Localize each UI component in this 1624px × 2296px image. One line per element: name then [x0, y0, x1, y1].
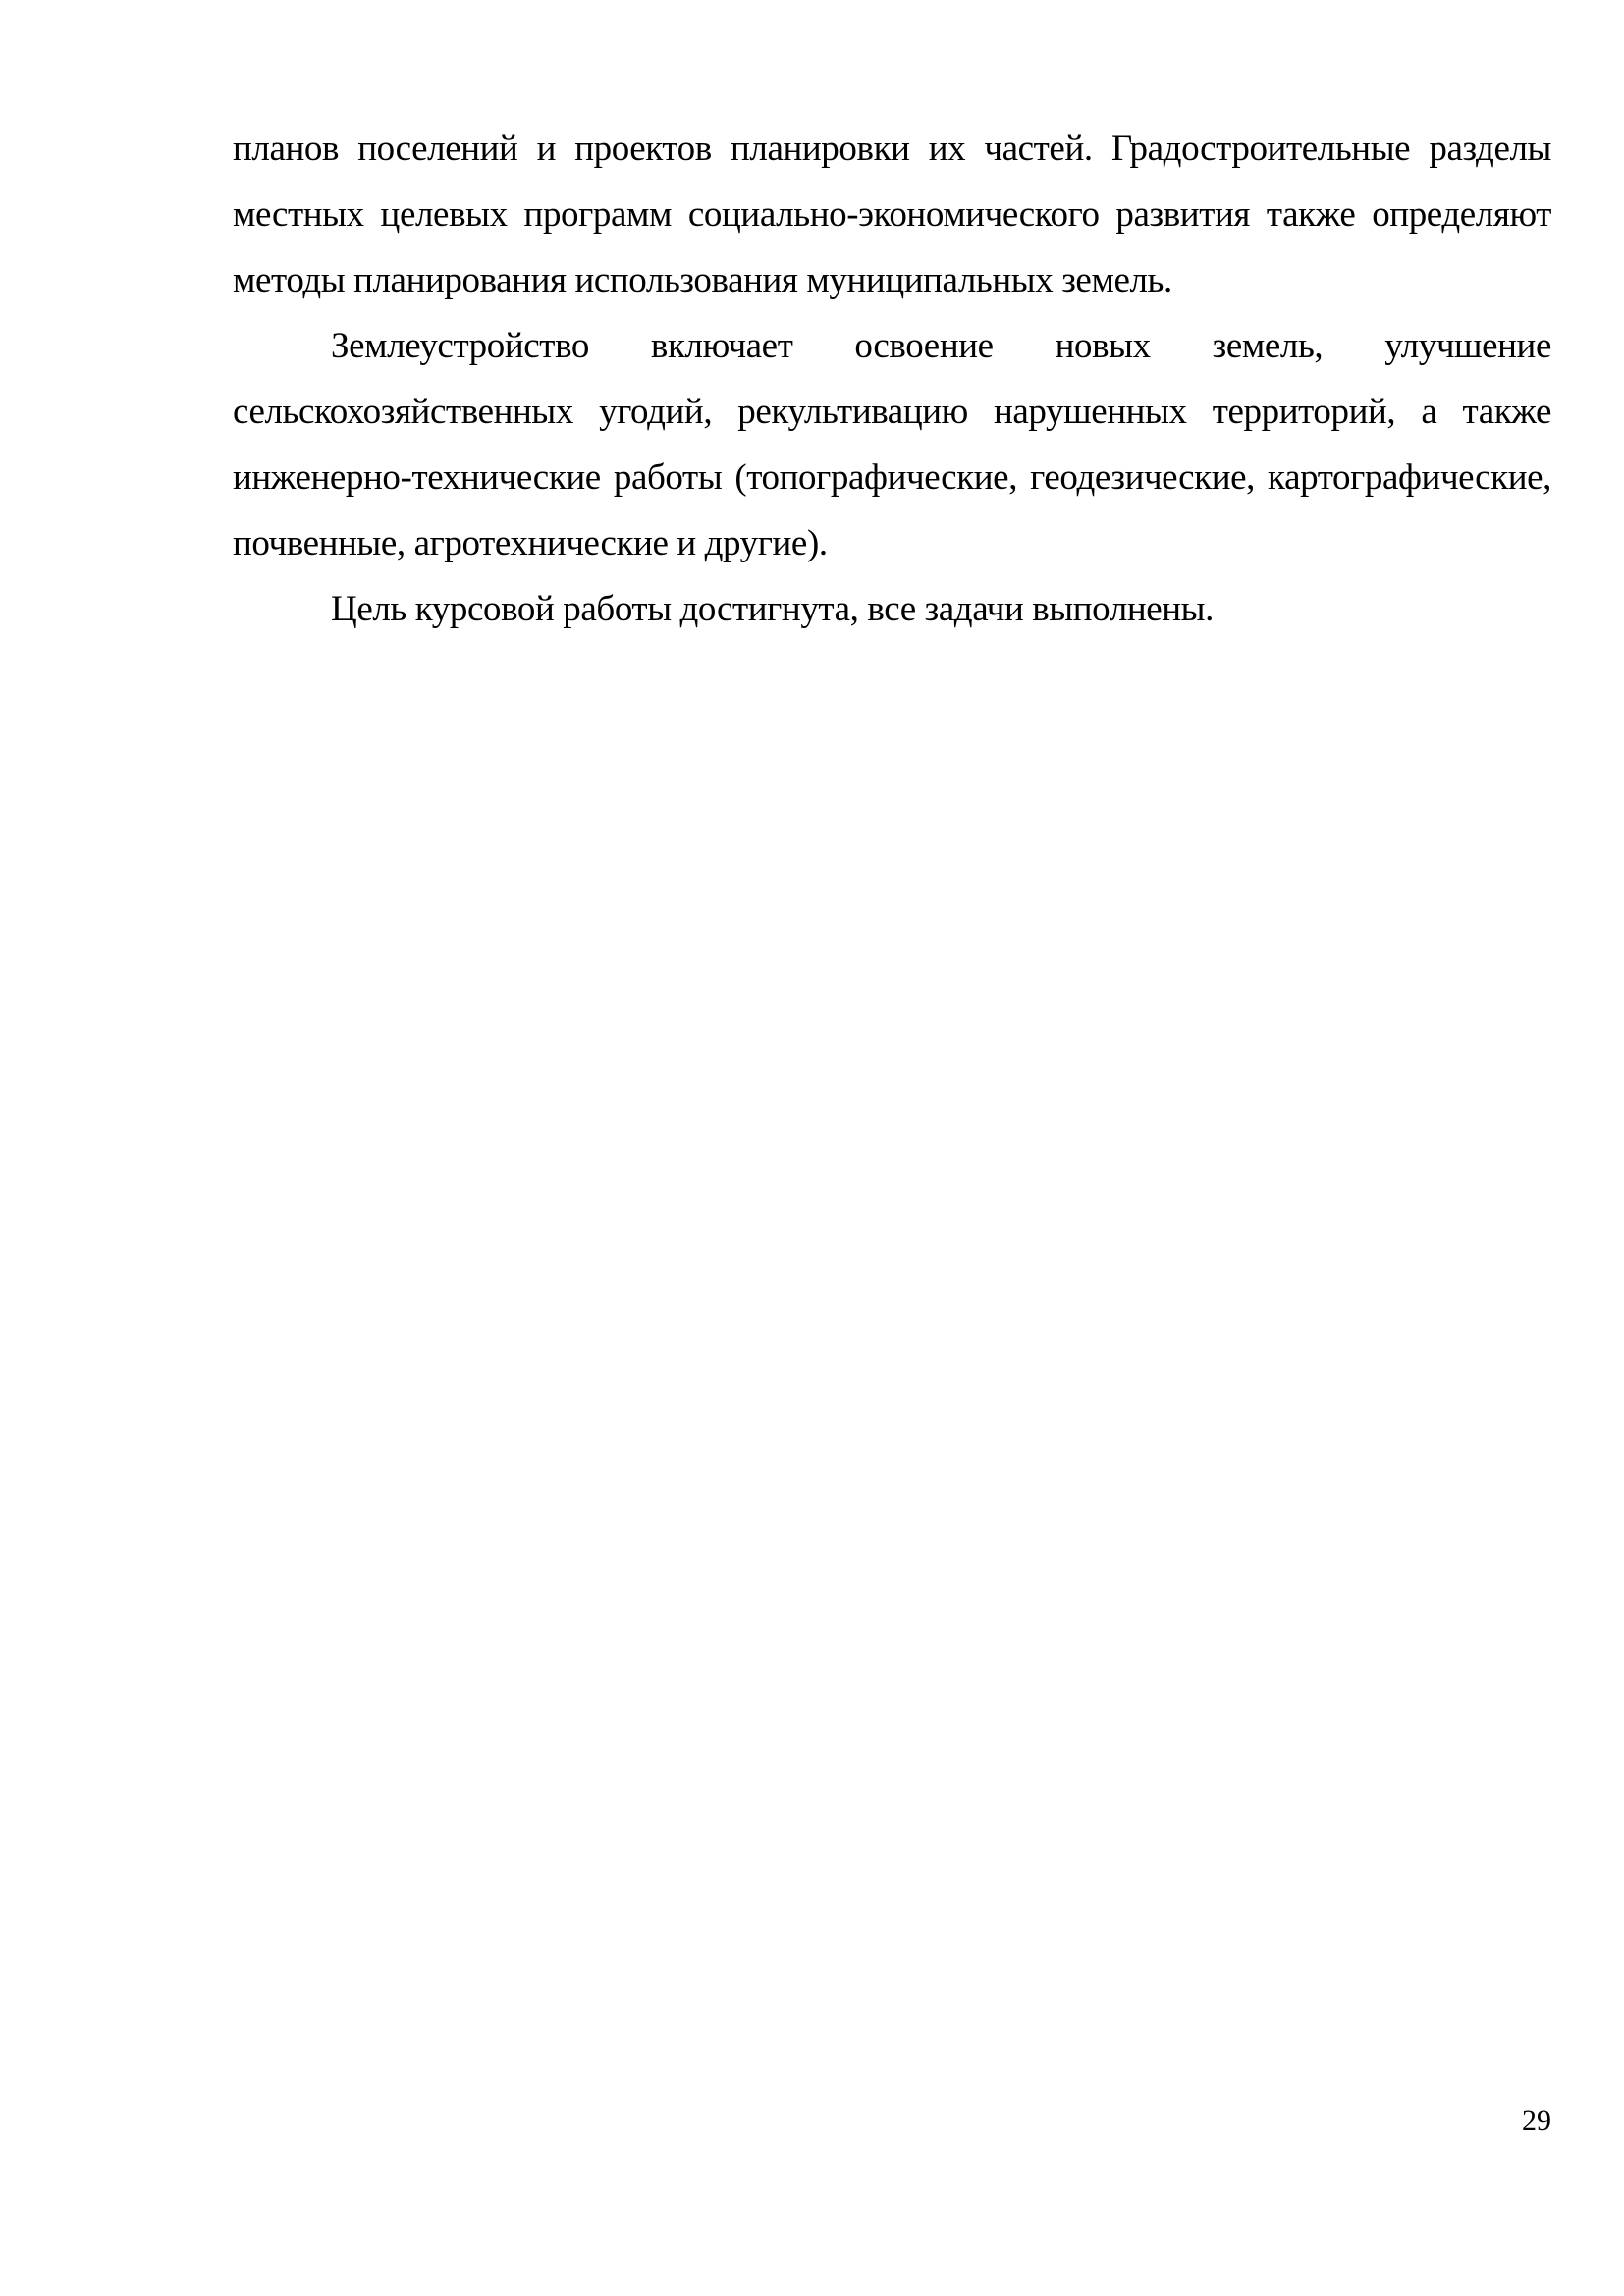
- paragraph-land-management: Землеустройство включает освоение новых …: [233, 313, 1551, 576]
- document-page: планов поселений и проектов планировки и…: [0, 0, 1624, 2296]
- page-number: 29: [1522, 2104, 1551, 2139]
- body-text: планов поселений и проектов планировки и…: [233, 116, 1551, 642]
- paragraph-urban-planning: планов поселений и проектов планировки и…: [233, 116, 1551, 313]
- paragraph-conclusion: Цель курсовой работы достигнута, все зад…: [233, 576, 1551, 642]
